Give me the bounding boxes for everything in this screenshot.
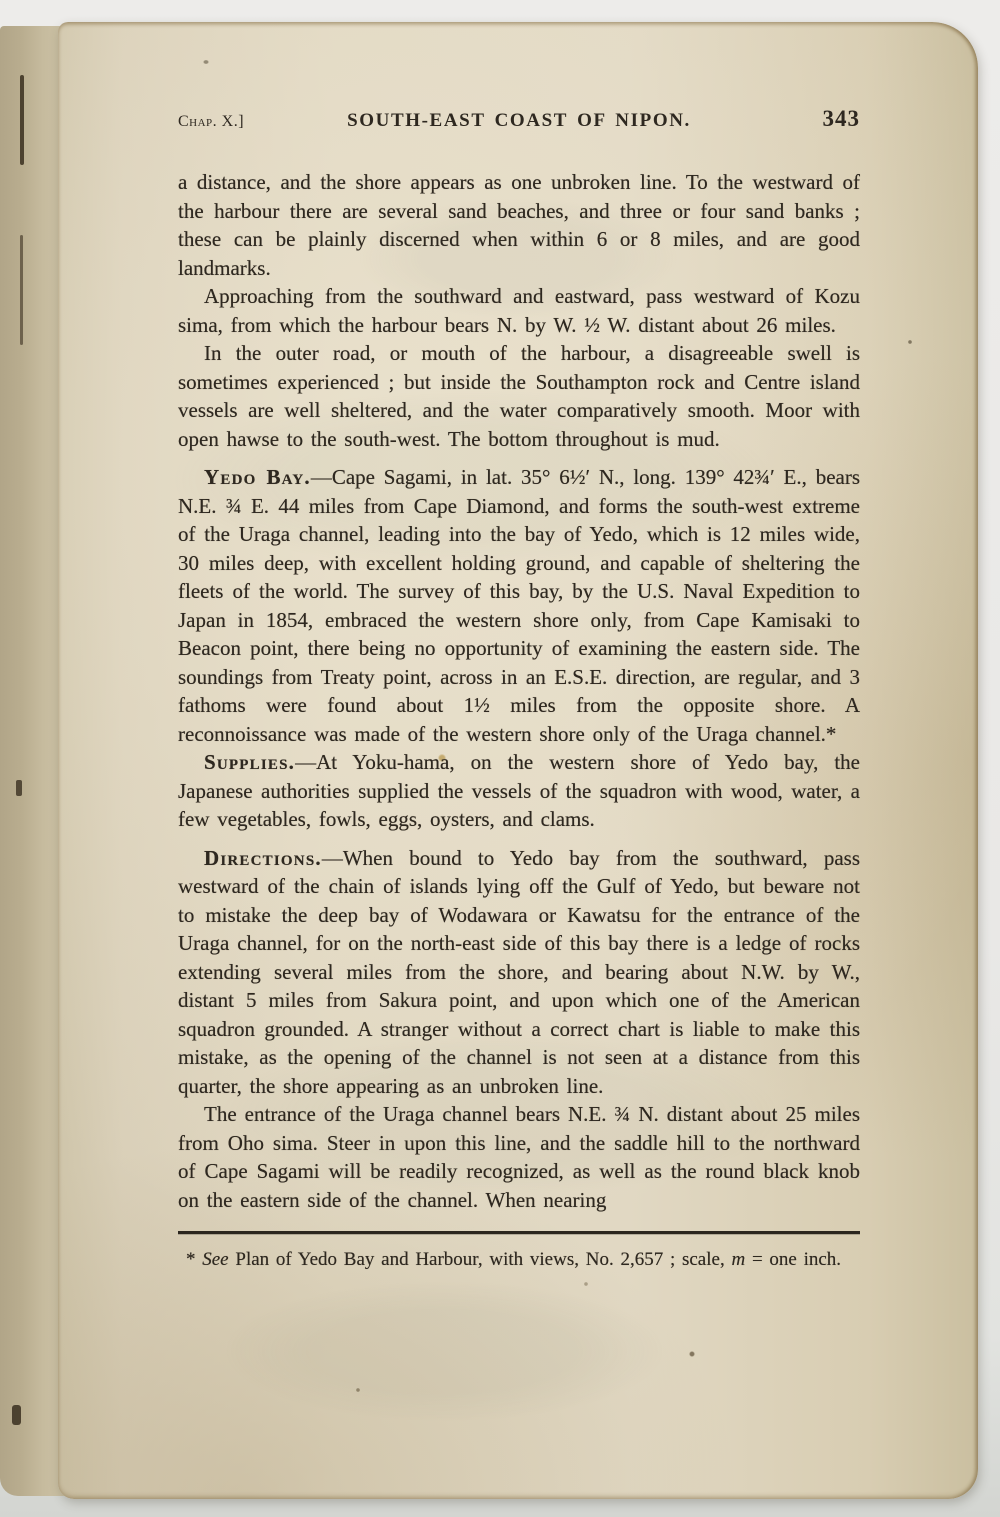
binding-stitch-mark bbox=[16, 780, 22, 796]
paragraph-directions: Directions.—When bound to Yedo bay from … bbox=[178, 844, 860, 1101]
paragraph-continuation: a distance, and the shore appears as one… bbox=[178, 168, 860, 282]
gutter-crease bbox=[20, 75, 24, 165]
page-number: 343 bbox=[823, 106, 861, 132]
paragraph-yedo-bay: Yedo Bay.—Cape Sagami, in lat. 35° 6½′ N… bbox=[178, 463, 860, 748]
text-column: Chap. X.] SOUTH-EAST COAST OF NIPON. 343… bbox=[178, 106, 860, 1272]
paragraph-text: Approaching from the southward and eastw… bbox=[178, 284, 860, 337]
footnote-tail: = one inch. bbox=[752, 1249, 841, 1270]
paragraph-text: —Cape Sagami, in lat. 35° 6½′ N., long. … bbox=[178, 465, 860, 746]
paragraph-text: In the outer road, or mouth of the harbo… bbox=[178, 341, 860, 451]
paragraph-text: The entrance of the Uraga channel bears … bbox=[178, 1102, 860, 1212]
photo-of-book-page: { "page": { "header": { "chapter_label":… bbox=[0, 0, 1000, 1517]
footnote-marker: * bbox=[186, 1249, 196, 1270]
paragraph-text: a distance, and the shore appears as one… bbox=[178, 170, 860, 280]
running-header: Chap. X.] SOUTH-EAST COAST OF NIPON. 343 bbox=[178, 106, 860, 132]
footnote-scale-symbol: m bbox=[731, 1249, 745, 1270]
section-lead-yedo-bay: Yedo Bay. bbox=[204, 465, 311, 489]
section-lead-supplies: Supplies. bbox=[204, 750, 295, 774]
section-lead-directions: Directions. bbox=[204, 846, 322, 870]
paragraph-entrance: The entrance of the Uraga channel bears … bbox=[178, 1100, 860, 1214]
book-page-surface: Chap. X.] SOUTH-EAST COAST OF NIPON. 343… bbox=[58, 22, 978, 1499]
footnote: * See Plan of Yedo Bay and Harbour, with… bbox=[178, 1247, 860, 1272]
binding-stitch-mark bbox=[12, 1405, 21, 1425]
paragraph-approaching: Approaching from the southward and eastw… bbox=[178, 282, 860, 339]
paragraph-supplies: Supplies.—At Yoku-hama, on the western s… bbox=[178, 748, 860, 834]
chapter-label: Chap. X.] bbox=[178, 113, 244, 131]
gutter-crease bbox=[20, 235, 23, 345]
footnote-body: Plan of Yedo Bay and Harbour, with views… bbox=[235, 1249, 724, 1270]
footnote-see: See bbox=[202, 1249, 228, 1270]
running-title: SOUTH-EAST COAST OF NIPON. bbox=[347, 110, 691, 132]
paragraph-outer-road: In the outer road, or mouth of the harbo… bbox=[178, 339, 860, 453]
footnote-rule bbox=[178, 1231, 860, 1234]
paragraph-text: —When bound to Yedo bay from the southwa… bbox=[178, 846, 860, 1098]
